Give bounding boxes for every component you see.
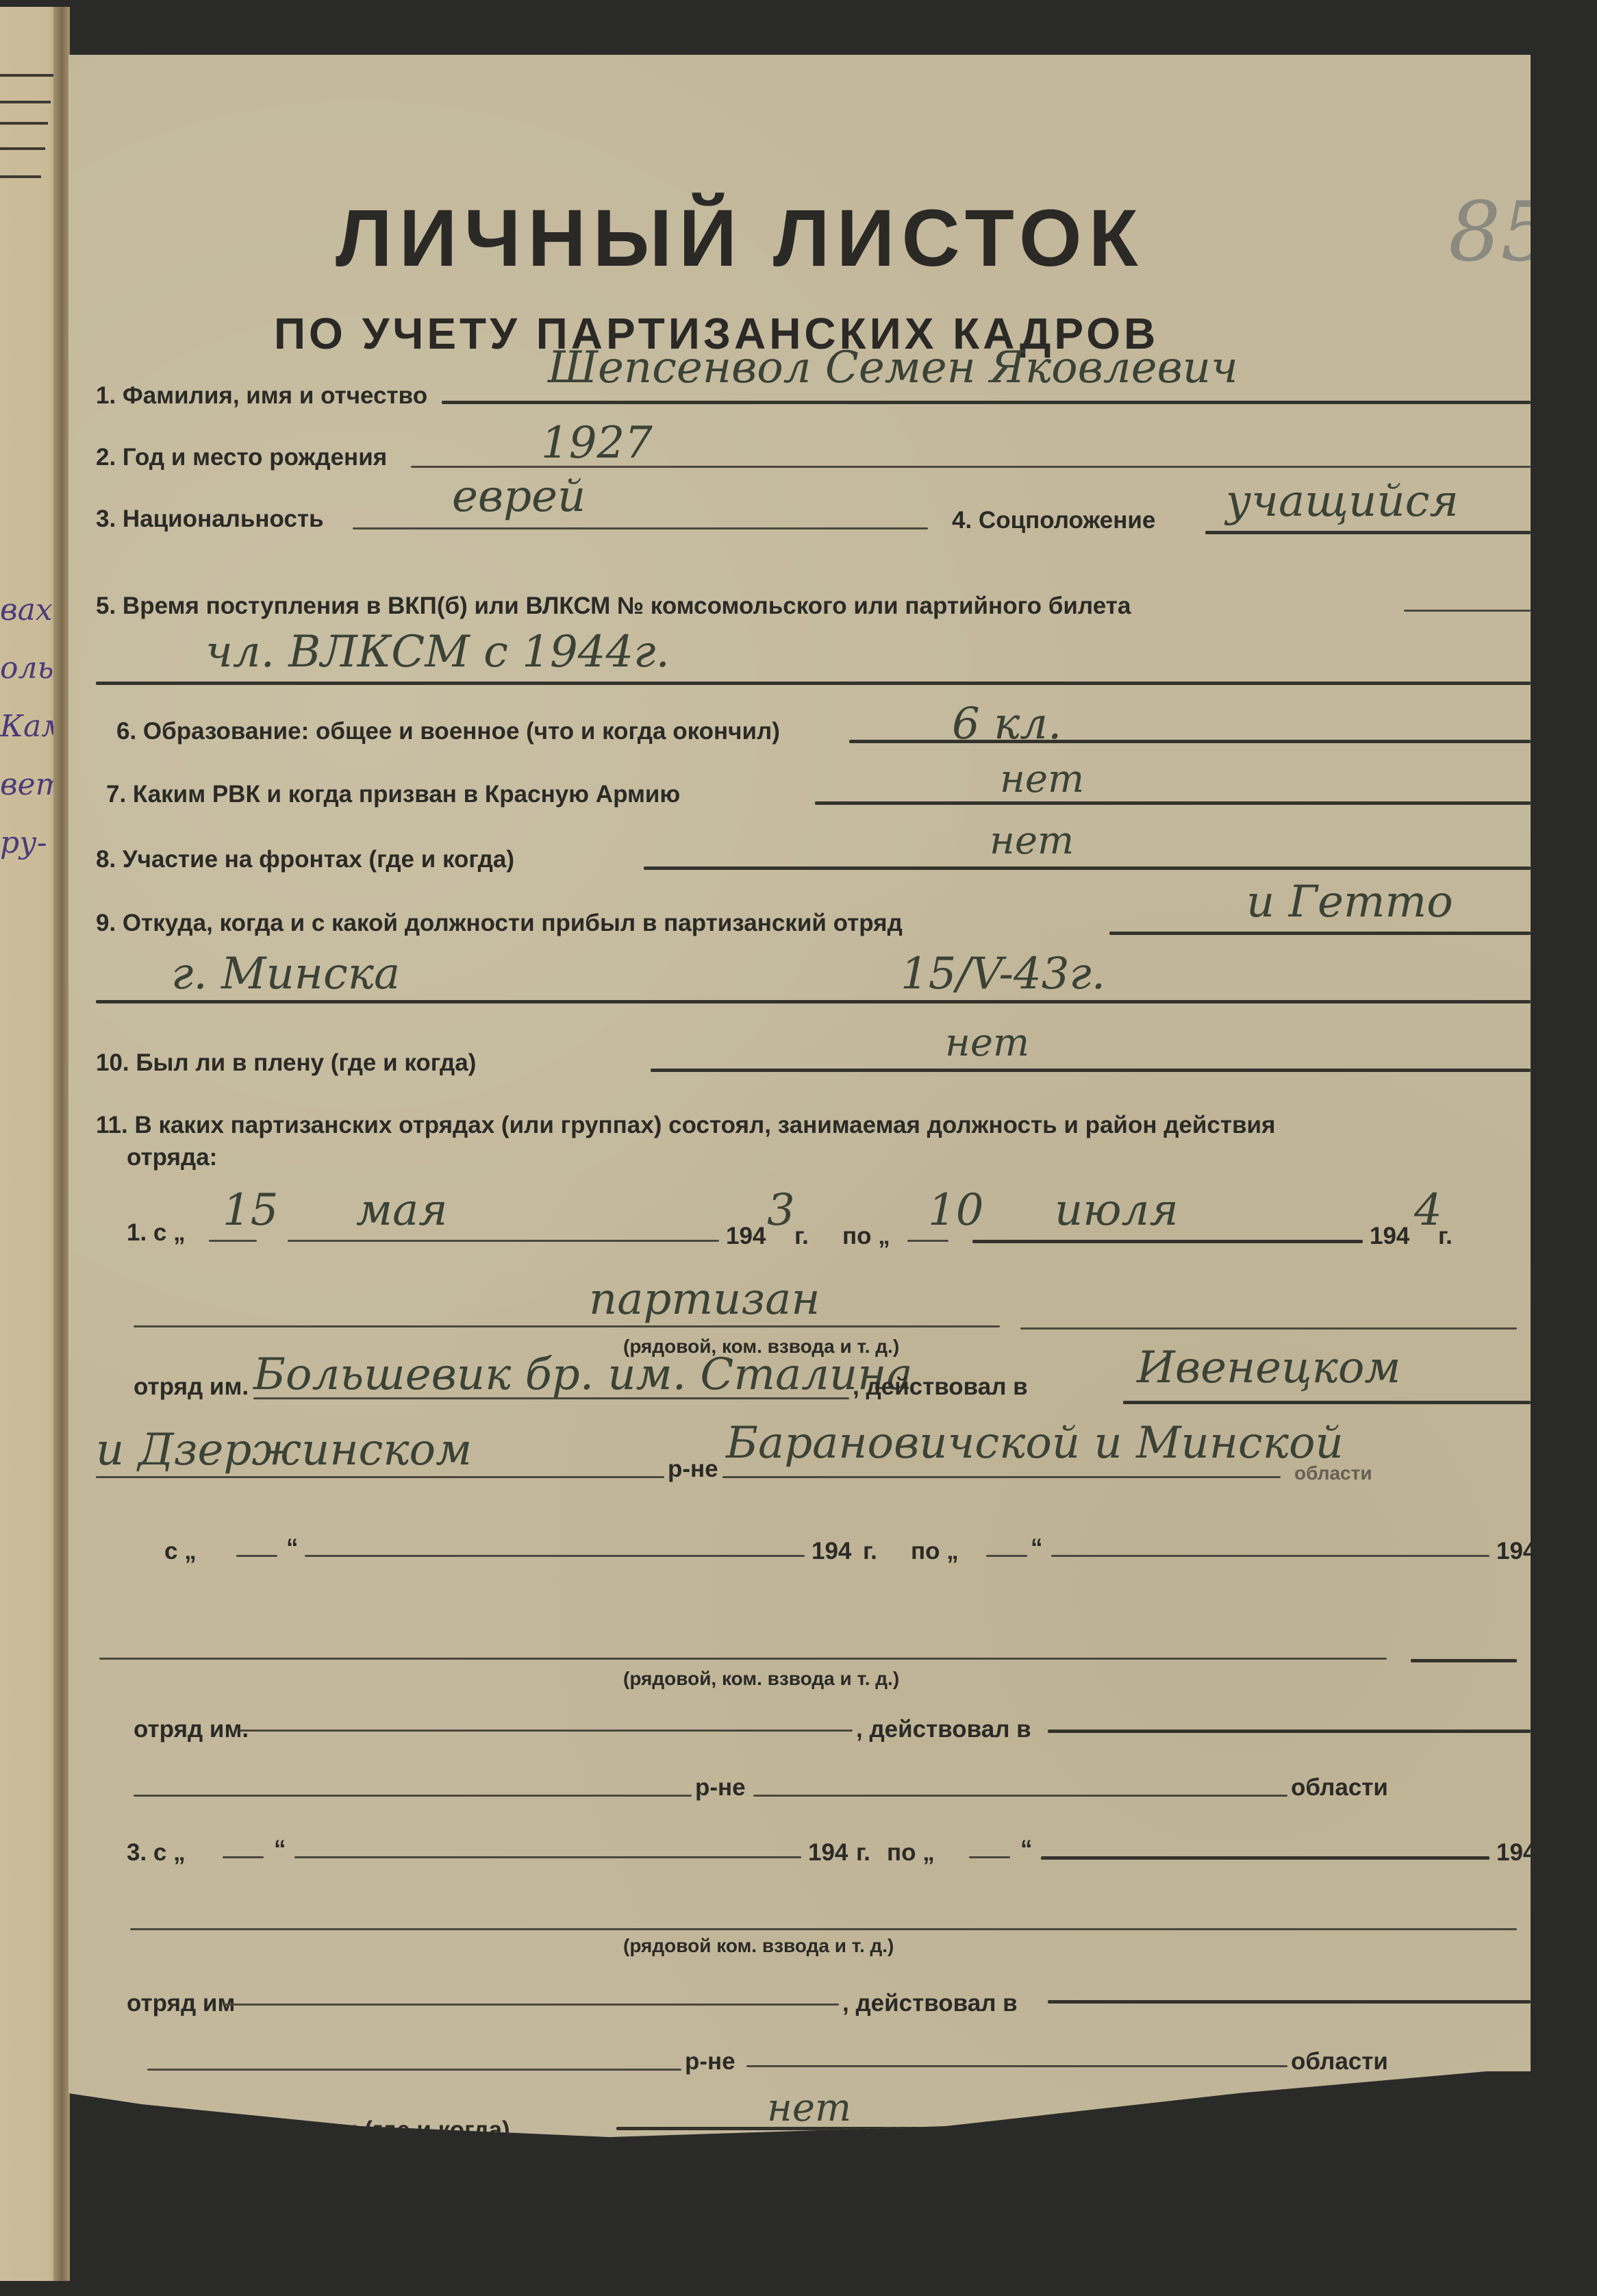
field-6-label: 6. Образование: общее и военное (что и к… xyxy=(116,718,780,745)
det2-detachment-label: отряд им. xyxy=(134,1716,249,1743)
det1-to-year-prefix: 194 xyxy=(1370,1223,1409,1250)
det3-position-line xyxy=(130,1928,1517,1930)
field-4-value: учащийся xyxy=(1226,476,1459,527)
field-5-line xyxy=(1404,610,1531,612)
field-5-value: чл. ВЛКСМ с 1944г. xyxy=(205,627,670,677)
det1-to-month-line xyxy=(972,1240,1363,1243)
field-10-label: 10. Был ли в плену (где и когда) xyxy=(96,1049,476,1077)
field-11-label-cont: отряда: xyxy=(127,1144,217,1171)
field-8-line xyxy=(644,866,1531,870)
det3-region-label: области xyxy=(1291,2048,1388,2075)
det1-detachment-name: Большевик бр. им. Сталина xyxy=(253,1349,912,1400)
field-8-label: 8. Участие на фронтах (где и когда) xyxy=(96,846,514,873)
det1-district-line xyxy=(96,1476,664,1478)
det1-from-year-digit: 3 xyxy=(767,1185,795,1236)
book-gutter xyxy=(53,7,70,2281)
det2-detachment-line xyxy=(240,1730,853,1732)
det1-day-line xyxy=(209,1240,257,1242)
det3-quote: “ xyxy=(274,1836,286,1863)
det2-from-year: 194 xyxy=(812,1538,851,1565)
left-page-handwriting: ру- xyxy=(0,825,55,860)
det2-region-line xyxy=(753,1795,1287,1797)
field-3-label: 3. Национальность xyxy=(96,506,324,533)
det1-position-line-2 xyxy=(1020,1327,1517,1330)
field-12-value: нет xyxy=(767,2086,851,2130)
det2-district-line xyxy=(134,1795,692,1797)
field-10-line xyxy=(651,1069,1531,1072)
det3-year-suffix: г. xyxy=(856,1839,870,1867)
det1-from-prefix: 1. с „ xyxy=(127,1219,186,1247)
field-1-line xyxy=(442,401,1531,404)
det3-to-year: 194 xyxy=(1496,1839,1536,1867)
field-3-line xyxy=(353,527,928,529)
det1-to-day: 10 xyxy=(928,1185,983,1236)
left-page-handwriting: олька xyxy=(0,651,55,686)
det3-district-line xyxy=(147,2069,681,2071)
det3-from-prefix: 3. с „ xyxy=(127,1839,186,1867)
det1-district-label: р-не xyxy=(668,1456,718,1483)
det2-acted-in-line xyxy=(1048,1730,1531,1733)
det3-position-hint: (рядовой ком. взвода и т. д.) xyxy=(623,1935,894,1957)
det2-day-line xyxy=(236,1555,277,1557)
field-4-line xyxy=(1205,531,1531,534)
field-5-label: 5. Время поступления в ВКП(б) или ВЛКСМ … xyxy=(96,592,1131,620)
det2-to-day-line xyxy=(986,1555,1027,1557)
left-page-rule xyxy=(0,74,53,77)
det3-detachment-label: отряд им xyxy=(127,1990,235,2017)
field-2-label: 2. Год и место рождения xyxy=(96,444,387,471)
field-1-value: Шепсенвол Семен Яковлевич xyxy=(548,342,1238,393)
left-page-rule xyxy=(0,147,45,150)
field-9-value-line1: и Гетто xyxy=(1246,877,1453,927)
field-9-line xyxy=(1109,932,1531,935)
left-page-handwriting: вах в xyxy=(0,592,55,627)
det2-year-suffix: г. xyxy=(863,1538,877,1565)
det1-year-suffix: г. xyxy=(794,1223,809,1250)
document-title: ЛИЧНЫЙ ЛИСТОК xyxy=(336,192,1145,285)
det2-acted-in-label: , действовал в xyxy=(856,1716,1031,1743)
det1-from-day: 15 xyxy=(223,1185,278,1236)
field-11-label: 11. В каких партизанских отрядах (или гр… xyxy=(96,1112,1275,1139)
field-4-label: 4. Соцположение xyxy=(952,507,1155,534)
det1-to-day-line xyxy=(907,1240,948,1242)
det2-to-month-line xyxy=(1051,1555,1489,1557)
field-6-line xyxy=(849,740,1531,743)
field-9-label: 9. Откуда, когда и с какой должности при… xyxy=(96,910,903,937)
det3-region-line xyxy=(746,2065,1287,2067)
field-10-value: нет xyxy=(945,1021,1029,1065)
det2-to-year-suffix: г. xyxy=(1565,1538,1579,1565)
left-page-rule xyxy=(0,175,41,178)
det1-detachment-line xyxy=(253,1397,849,1399)
det1-position-line xyxy=(134,1325,1000,1327)
det3-detachment-line xyxy=(223,2004,839,2006)
det3-acted-in-label: , действовал в xyxy=(842,1990,1018,2017)
field-5-line-2 xyxy=(96,682,1531,685)
det2-to-year: 194 xyxy=(1496,1538,1536,1565)
det1-from-month: мая xyxy=(356,1185,448,1236)
field-3-value: еврей xyxy=(452,471,586,522)
det2-district-label: р-не xyxy=(695,1774,746,1801)
det2-to-word: по „ xyxy=(911,1538,959,1565)
det1-position: партизан xyxy=(589,1274,820,1325)
det3-to-year-suffix: г. xyxy=(1568,1839,1583,1867)
det1-acted-in-value: Ивенецком xyxy=(1137,1343,1400,1393)
det2-position-line xyxy=(99,1658,1387,1660)
left-page-rule xyxy=(0,101,51,103)
det1-acted-in-line xyxy=(1123,1401,1531,1404)
det2-position-line-2 xyxy=(1411,1659,1517,1662)
field-9-date: 15/V-43г. xyxy=(901,949,1105,999)
det3-to-month-line xyxy=(1041,1856,1489,1860)
personal-record-sheet: ЛИЧНЫЙ ЛИСТОК ПО УЧЕТУ ПАРТИЗАНСКИХ КАДР… xyxy=(68,55,1531,2247)
field-1-label: 1. Фамилия, имя и отчество xyxy=(96,382,427,410)
det1-district-value: и Дзержинском xyxy=(96,1425,472,1475)
det1-acted-in-label: , действовал в xyxy=(853,1373,1028,1401)
left-page-rule xyxy=(0,122,48,125)
det3-from-year: 194 xyxy=(808,1839,848,1867)
det2-quote: “ xyxy=(286,1534,299,1562)
archive-page-number: 856 xyxy=(1448,185,1597,280)
field-7-value: нет xyxy=(1000,757,1084,801)
field-8-value: нет xyxy=(990,819,1074,863)
det1-to-year-suffix: г. xyxy=(1438,1223,1453,1250)
det2-region-label: области xyxy=(1291,1774,1388,1801)
field-12-line xyxy=(616,2127,1531,2130)
left-page-handwriting: Камп xyxy=(0,709,55,744)
field-9-line-2 xyxy=(96,1000,1531,1003)
det2-to-quote: “ xyxy=(1031,1534,1043,1562)
det1-to-month: июля xyxy=(1055,1185,1179,1236)
det1-region-value: Барановичской и Минской xyxy=(726,1418,1344,1469)
det1-region-label: области xyxy=(1294,1462,1372,1484)
det1-from-year-prefix: 194 xyxy=(726,1223,766,1250)
det2-from-prefix: с „ xyxy=(164,1538,197,1565)
det1-region-line xyxy=(722,1476,1281,1478)
det1-to-word: по „ xyxy=(842,1223,890,1250)
field-12-label: 12. Ранения и контузии (где и когда) xyxy=(82,2117,510,2144)
det3-to-word: по „ xyxy=(887,1839,935,1867)
field-9-place: г. Минска xyxy=(171,949,400,999)
det3-to-day-line xyxy=(969,1856,1010,1858)
field-2-value: 1927 xyxy=(541,418,653,469)
det3-acted-in-line xyxy=(1048,2000,1531,2004)
field-7-label: 7. Каким РВК и когда призван в Красную А… xyxy=(106,781,680,808)
field-7-line xyxy=(815,801,1531,805)
det2-month-line xyxy=(305,1555,805,1557)
det1-detachment-label: отряд им. xyxy=(134,1373,249,1401)
left-page-handwriting: вет xyxy=(0,767,55,802)
det3-district-label: р-не xyxy=(685,2048,735,2075)
det3-month-line xyxy=(294,1856,801,1858)
det2-position-hint: (рядовой, ком. взвода и т. д.) xyxy=(623,1668,899,1690)
field-2-line xyxy=(411,466,1531,468)
det3-to-quote: “ xyxy=(1020,1836,1033,1863)
det1-month-line xyxy=(288,1240,719,1242)
det3-day-line xyxy=(223,1856,264,1858)
